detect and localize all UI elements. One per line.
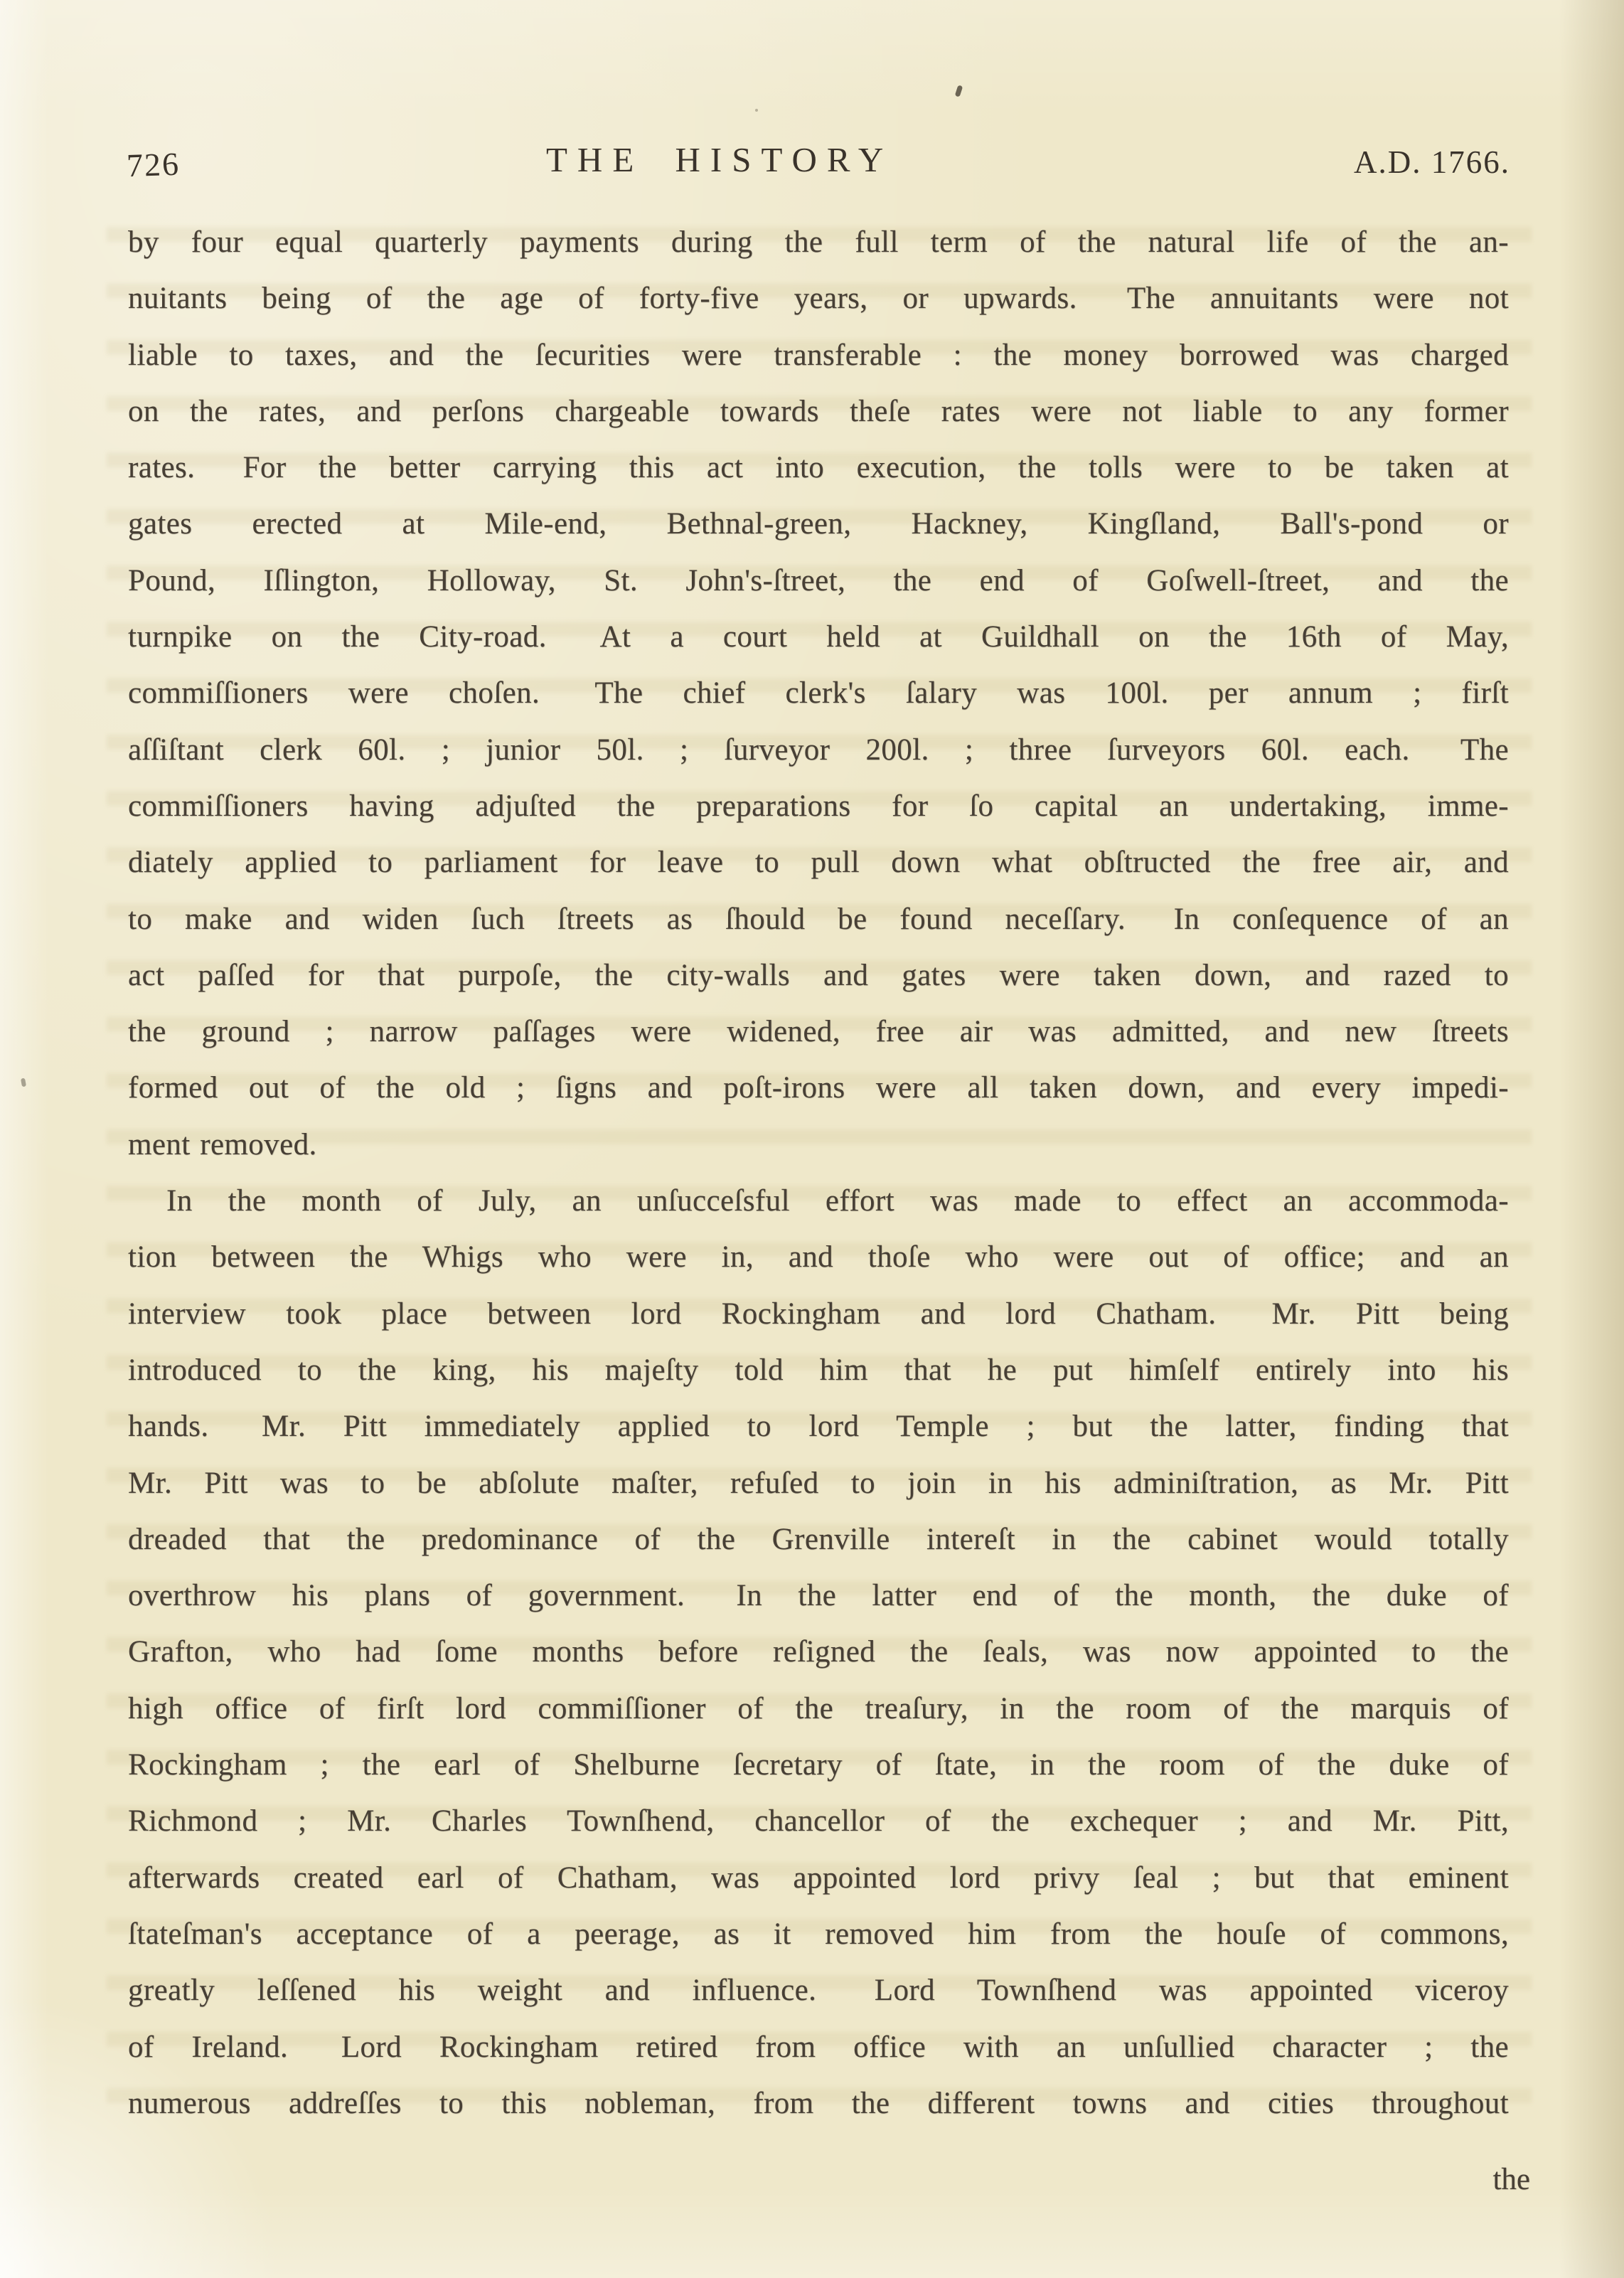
text-line: Pound, Iſlington, Holloway, St. John's-ſ… bbox=[128, 553, 1509, 609]
edition-date: A.D. 1766. bbox=[1354, 144, 1510, 181]
text-line: aſſiſtant clerk 60l. ; junior 50l. ; ſur… bbox=[128, 722, 1509, 778]
text-line: afterwards created earl of Chatham, was … bbox=[128, 1850, 1509, 1906]
text-line: overthrow his plans of government. In th… bbox=[128, 1568, 1509, 1624]
text-line: liable to taxes, and the ſecurities were… bbox=[128, 327, 1509, 383]
text-line: ment removed. bbox=[128, 1117, 1509, 1173]
text-line: nuitants being of the age of forty-five … bbox=[128, 270, 1509, 326]
text-line: numerous addreſſes to this nobleman, fro… bbox=[128, 2075, 1509, 2131]
text-line: Mr. Pitt was to be abſolute maſter, refu… bbox=[128, 1455, 1509, 1511]
text-line: Rockingham ; the earl of Shelburne ſecre… bbox=[128, 1737, 1509, 1793]
text-line: the ground ; narrow paſſages were widene… bbox=[128, 1004, 1509, 1060]
text-line: interview took place between lord Rockin… bbox=[128, 1286, 1509, 1342]
text-line: dreaded that the predominance of the Gre… bbox=[128, 1511, 1509, 1568]
text-line: introduced to the king, his majeſty told… bbox=[128, 1342, 1509, 1398]
ink-speck bbox=[21, 1078, 26, 1087]
catchword: the bbox=[1492, 2162, 1530, 2197]
running-title: THE HISTORY bbox=[546, 139, 893, 180]
text-line: rates. For the better carrying this act … bbox=[128, 440, 1509, 496]
text-line: act paſſed for that purpoſe, the city-wa… bbox=[128, 947, 1509, 1004]
page-number: 726 bbox=[126, 145, 181, 185]
text-line: by four equal quarterly payments during … bbox=[128, 214, 1509, 270]
text-line: ſtateſman's acceptance of a peerage, as … bbox=[128, 1906, 1509, 1962]
text-line: Richmond ; Mr. Charles Townſhend, chance… bbox=[128, 1793, 1509, 1849]
text-line: gates erected at Mile-end, Bethnal-green… bbox=[128, 496, 1509, 552]
text-line: hands. Mr. Pitt immediately applied to l… bbox=[128, 1398, 1509, 1454]
text-line: formed out of the old ; ſigns and poſt-i… bbox=[128, 1060, 1509, 1116]
text-line: greatly leſſened his weight and influenc… bbox=[128, 1962, 1509, 2018]
text-line: on the rates, and perſons chargeable tow… bbox=[128, 383, 1509, 440]
text-line: high office of firſt lord commiſſioner o… bbox=[128, 1681, 1509, 1737]
page-header: 726 THE HISTORY A.D. 1766. bbox=[0, 0, 1624, 206]
text-line: commiſſioners were choſen. The chief cle… bbox=[128, 665, 1509, 721]
text-line: tion between the Whigs who were in, and … bbox=[128, 1229, 1509, 1285]
body-text: by four equal quarterly payments during … bbox=[128, 214, 1509, 2131]
text-line: of Ireland. Lord Rockingham retired from… bbox=[128, 2019, 1509, 2075]
text-line: Grafton, who had ſome months before reſi… bbox=[128, 1624, 1509, 1680]
text-line: to make and widen ſuch ſtreets as ſhould… bbox=[128, 891, 1509, 947]
text-line: commiſſioners having adjuſted the prepar… bbox=[128, 778, 1509, 834]
text-line: diately applied to parliament for leave … bbox=[128, 834, 1509, 890]
text-line: In the month of July, an unſucceſsful ef… bbox=[128, 1173, 1509, 1229]
book-page: 726 THE HISTORY A.D. 1766. by four equal… bbox=[0, 0, 1624, 2278]
text-line: turnpike on the City-road. At a court he… bbox=[128, 609, 1509, 665]
